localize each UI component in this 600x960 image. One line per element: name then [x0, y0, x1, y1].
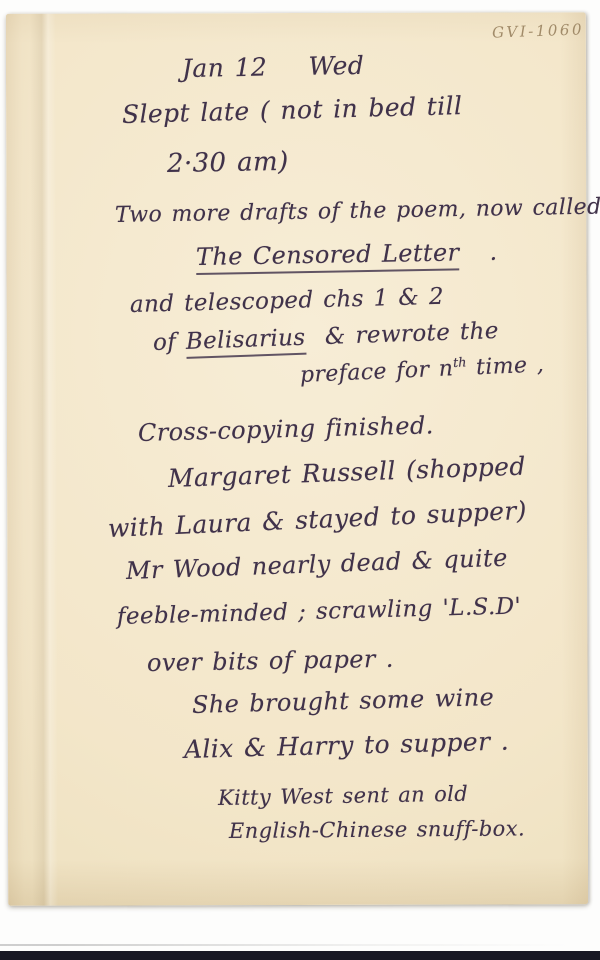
handwritten-text: & rewrote the	[305, 318, 499, 351]
diary-line: Slept late ( not in bed till	[122, 92, 463, 130]
handwritten-text: She brought some wine	[192, 683, 495, 719]
handwritten-text: th	[453, 355, 467, 371]
diary-line: Alix & Harry to supper .	[184, 727, 510, 764]
handwritten-text: Kitty West sent an old	[218, 782, 469, 810]
handwritten-text: over bits of paper .	[147, 645, 394, 677]
scanner-edge-bar	[0, 951, 600, 960]
handwritten-text: Mr Wood nearly dead & quite	[125, 544, 508, 585]
diary-line: and telescoped chs 1 & 2	[130, 284, 445, 319]
handwritten-text: Jan 12 Wed	[182, 51, 365, 83]
diary-line: Mr Wood nearly dead & quite	[126, 545, 509, 586]
handwritten-text: Two more drafts of the poem, now called	[115, 195, 600, 228]
handwritten-text: 2·30 am)	[167, 147, 289, 179]
diary-line: Cross-copying finished.	[138, 412, 434, 447]
handwritten-text: feeble-minded ; scrawling 'L.S.D'	[117, 593, 522, 630]
diary-line: English-Chinese snuff-box.	[229, 816, 525, 843]
handwritten-text: Alix & Harry to supper .	[184, 726, 510, 764]
diary-line: Margaret Russell (shopped	[167, 453, 526, 494]
handwritten-text: English-Chinese snuff-box.	[229, 816, 525, 843]
underlined-title-text: The Censored Letter	[196, 238, 460, 275]
diary-line: Kitty West sent an old	[218, 782, 469, 811]
handwritten-text: with Laura & stayed to supper)	[107, 496, 527, 543]
handwritten-text: Slept late ( not in bed till	[122, 91, 463, 129]
handwritten-text: of	[153, 329, 187, 356]
diary-line: of Belisarius & rewrote the	[153, 318, 500, 356]
diary-line: over bits of paper .	[147, 646, 394, 678]
handwritten-text: .	[459, 238, 498, 267]
diary-line: with Laura & stayed to supper)	[107, 497, 527, 544]
handwriting-layer: Jan 12 WedSlept late ( not in bed till2·…	[0, 0, 600, 960]
underlined-title-text: Belisarius	[185, 325, 306, 359]
diary-line: feeble-minded ; scrawling 'L.S.D'	[117, 593, 522, 630]
handwritten-text: Margaret Russell (shopped	[167, 452, 526, 493]
handwritten-text: time ,	[466, 352, 545, 380]
diary-line: 2·30 am)	[167, 148, 289, 180]
handwritten-text: and telescoped chs 1 & 2	[130, 284, 445, 318]
diary-line: Two more drafts of the poem, now called	[115, 195, 600, 229]
diary-line: She brought some wine	[192, 684, 495, 719]
scanned-diary-page: GVI-1060 Jan 12 WedSlept late ( not in b…	[0, 0, 600, 960]
diary-line: Jan 12 Wed	[182, 52, 365, 84]
handwritten-text: Cross-copying finished.	[138, 411, 434, 447]
scanner-shadow-line	[0, 944, 600, 946]
handwritten-text: preface for n	[299, 356, 453, 388]
diary-line: preface for nth time ,	[299, 352, 544, 388]
diary-line: The Censored Letter .	[196, 239, 498, 272]
